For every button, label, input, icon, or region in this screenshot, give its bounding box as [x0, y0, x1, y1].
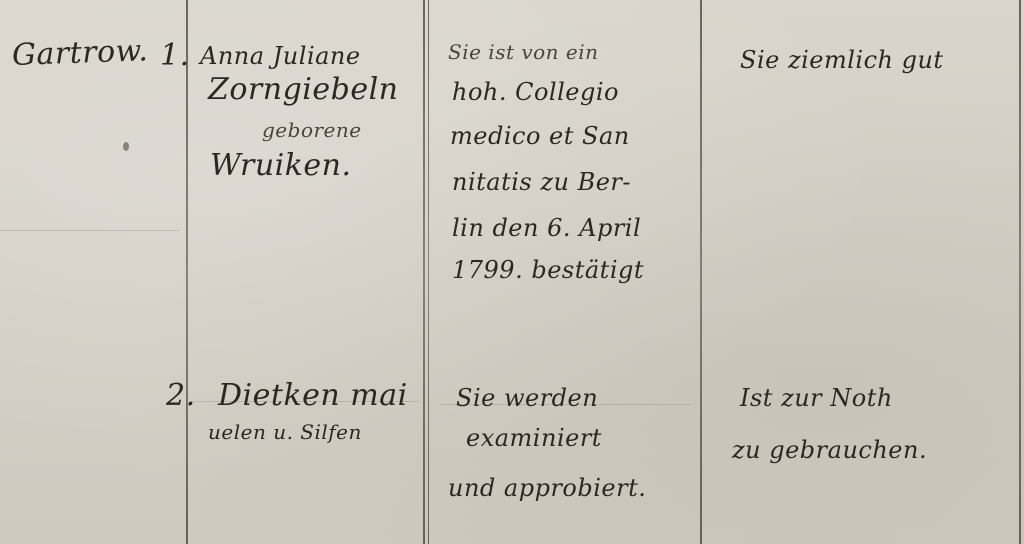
register-page: Gartrow. 1. Anna Juliane Zorngiebeln geb… [0, 0, 1024, 544]
column-divider-qualification-remarks [700, 0, 702, 544]
entry-1-name-line-1: Anna Juliane [200, 42, 361, 70]
entry-2-number: 2. [166, 378, 196, 413]
entry-2-qualification-line-1: Sie werden [456, 384, 598, 412]
entry-2-name-line-1: Dietken mai [218, 378, 408, 413]
entry-1-qualification-line-2: hoh. Collegio [452, 78, 619, 106]
entry-1-qualification-line-6: 1799. bestätigt [452, 256, 644, 284]
entry-1-name-line-2: Zorngiebeln [208, 72, 399, 107]
entry-2-remarks-line-1: Ist zur Noth [740, 384, 893, 412]
entry-1-name-line-4: Wruiken. [210, 148, 352, 183]
entry-1-remarks-line-1: Sie ziemlich gut [740, 46, 944, 74]
entry-1-name-line-3: geborene [262, 118, 362, 142]
ruled-line [0, 230, 180, 231]
entry-1-number: 1. [160, 38, 190, 73]
entry-2-qualification-line-2: examiniert [466, 424, 602, 452]
page-right-edge-line [1019, 0, 1021, 544]
entry-2-remarks-line-2: zu gebrauchen. [732, 436, 927, 464]
entry-1-qualification-line-4: nitatis zu Ber- [452, 168, 631, 196]
entry-2-name-line-2: uelen u. Silfen [208, 420, 362, 444]
ink-spot [123, 142, 129, 151]
entry-2-qualification-line-3: und approbiert. [448, 474, 646, 502]
column-divider-name-qualification-a [423, 0, 425, 544]
entry-1-qualification-line-1: Sie ist von ein [448, 40, 599, 64]
entry-1-qualification-line-5: lin den 6. April [452, 214, 641, 242]
column-divider-place-name [186, 0, 188, 544]
entry-1-qualification-line-3: medico et San [450, 122, 630, 150]
column-divider-name-qualification-b [428, 0, 429, 544]
entry-1-place: Gartrow. [11, 33, 148, 73]
